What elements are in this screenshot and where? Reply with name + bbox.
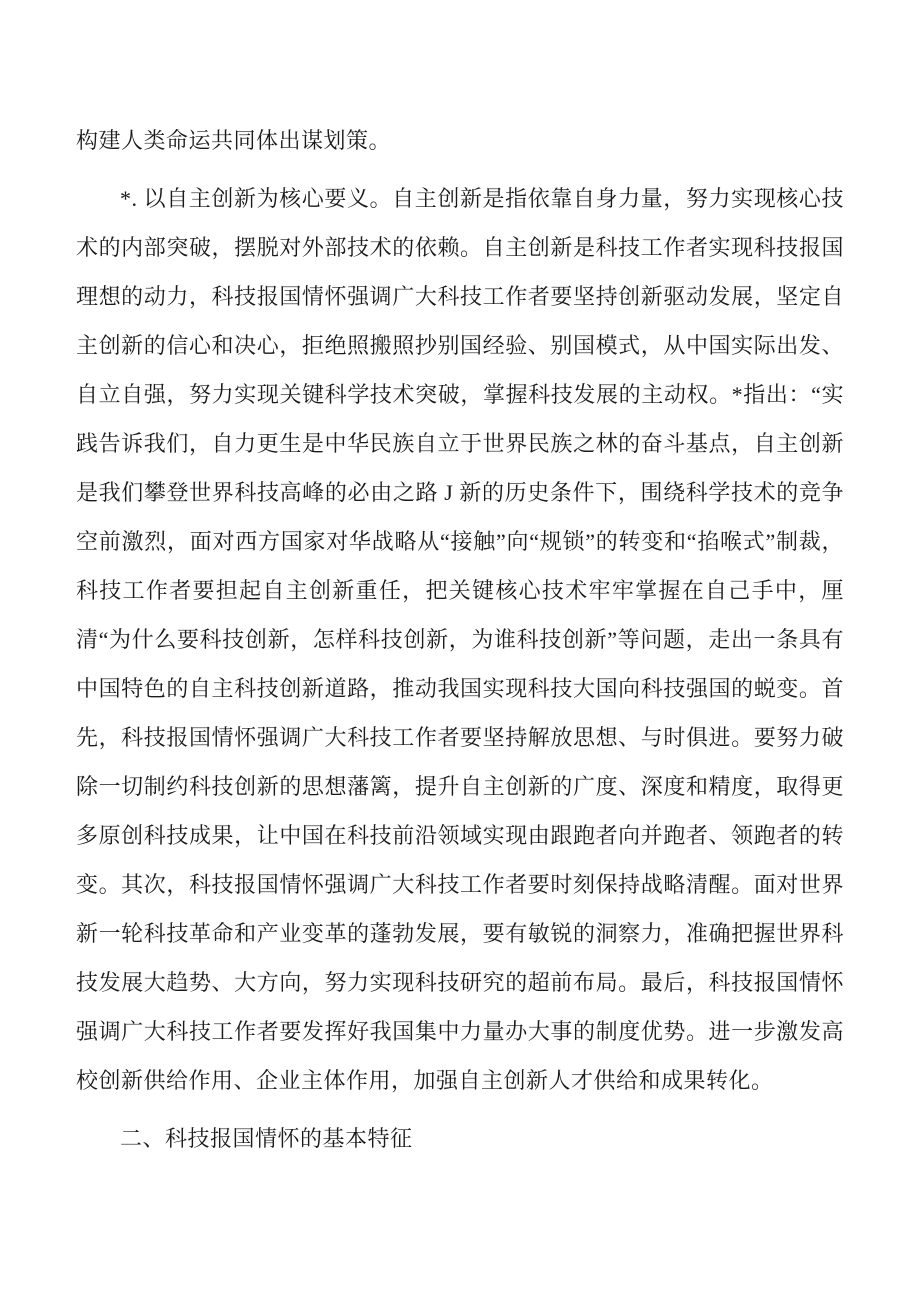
section-heading: 二、科技报国情怀的基本特征 <box>76 1114 844 1163</box>
body-paragraph: 构建人类命运共同体出谋划策。 <box>76 116 844 165</box>
document-body: 构建人类命运共同体出谋划策。*. 以自主创新为核心要义。自主创新是指依靠自身力量… <box>76 116 844 1163</box>
body-paragraph: *. 以自主创新为核心要义。自主创新是指依靠自身力量，努力实现核心技术的内部突破… <box>76 174 844 1105</box>
document-page: 构建人类命运共同体出谋划策。*. 以自主创新为核心要义。自主创新是指依靠自身力量… <box>0 0 920 1301</box>
